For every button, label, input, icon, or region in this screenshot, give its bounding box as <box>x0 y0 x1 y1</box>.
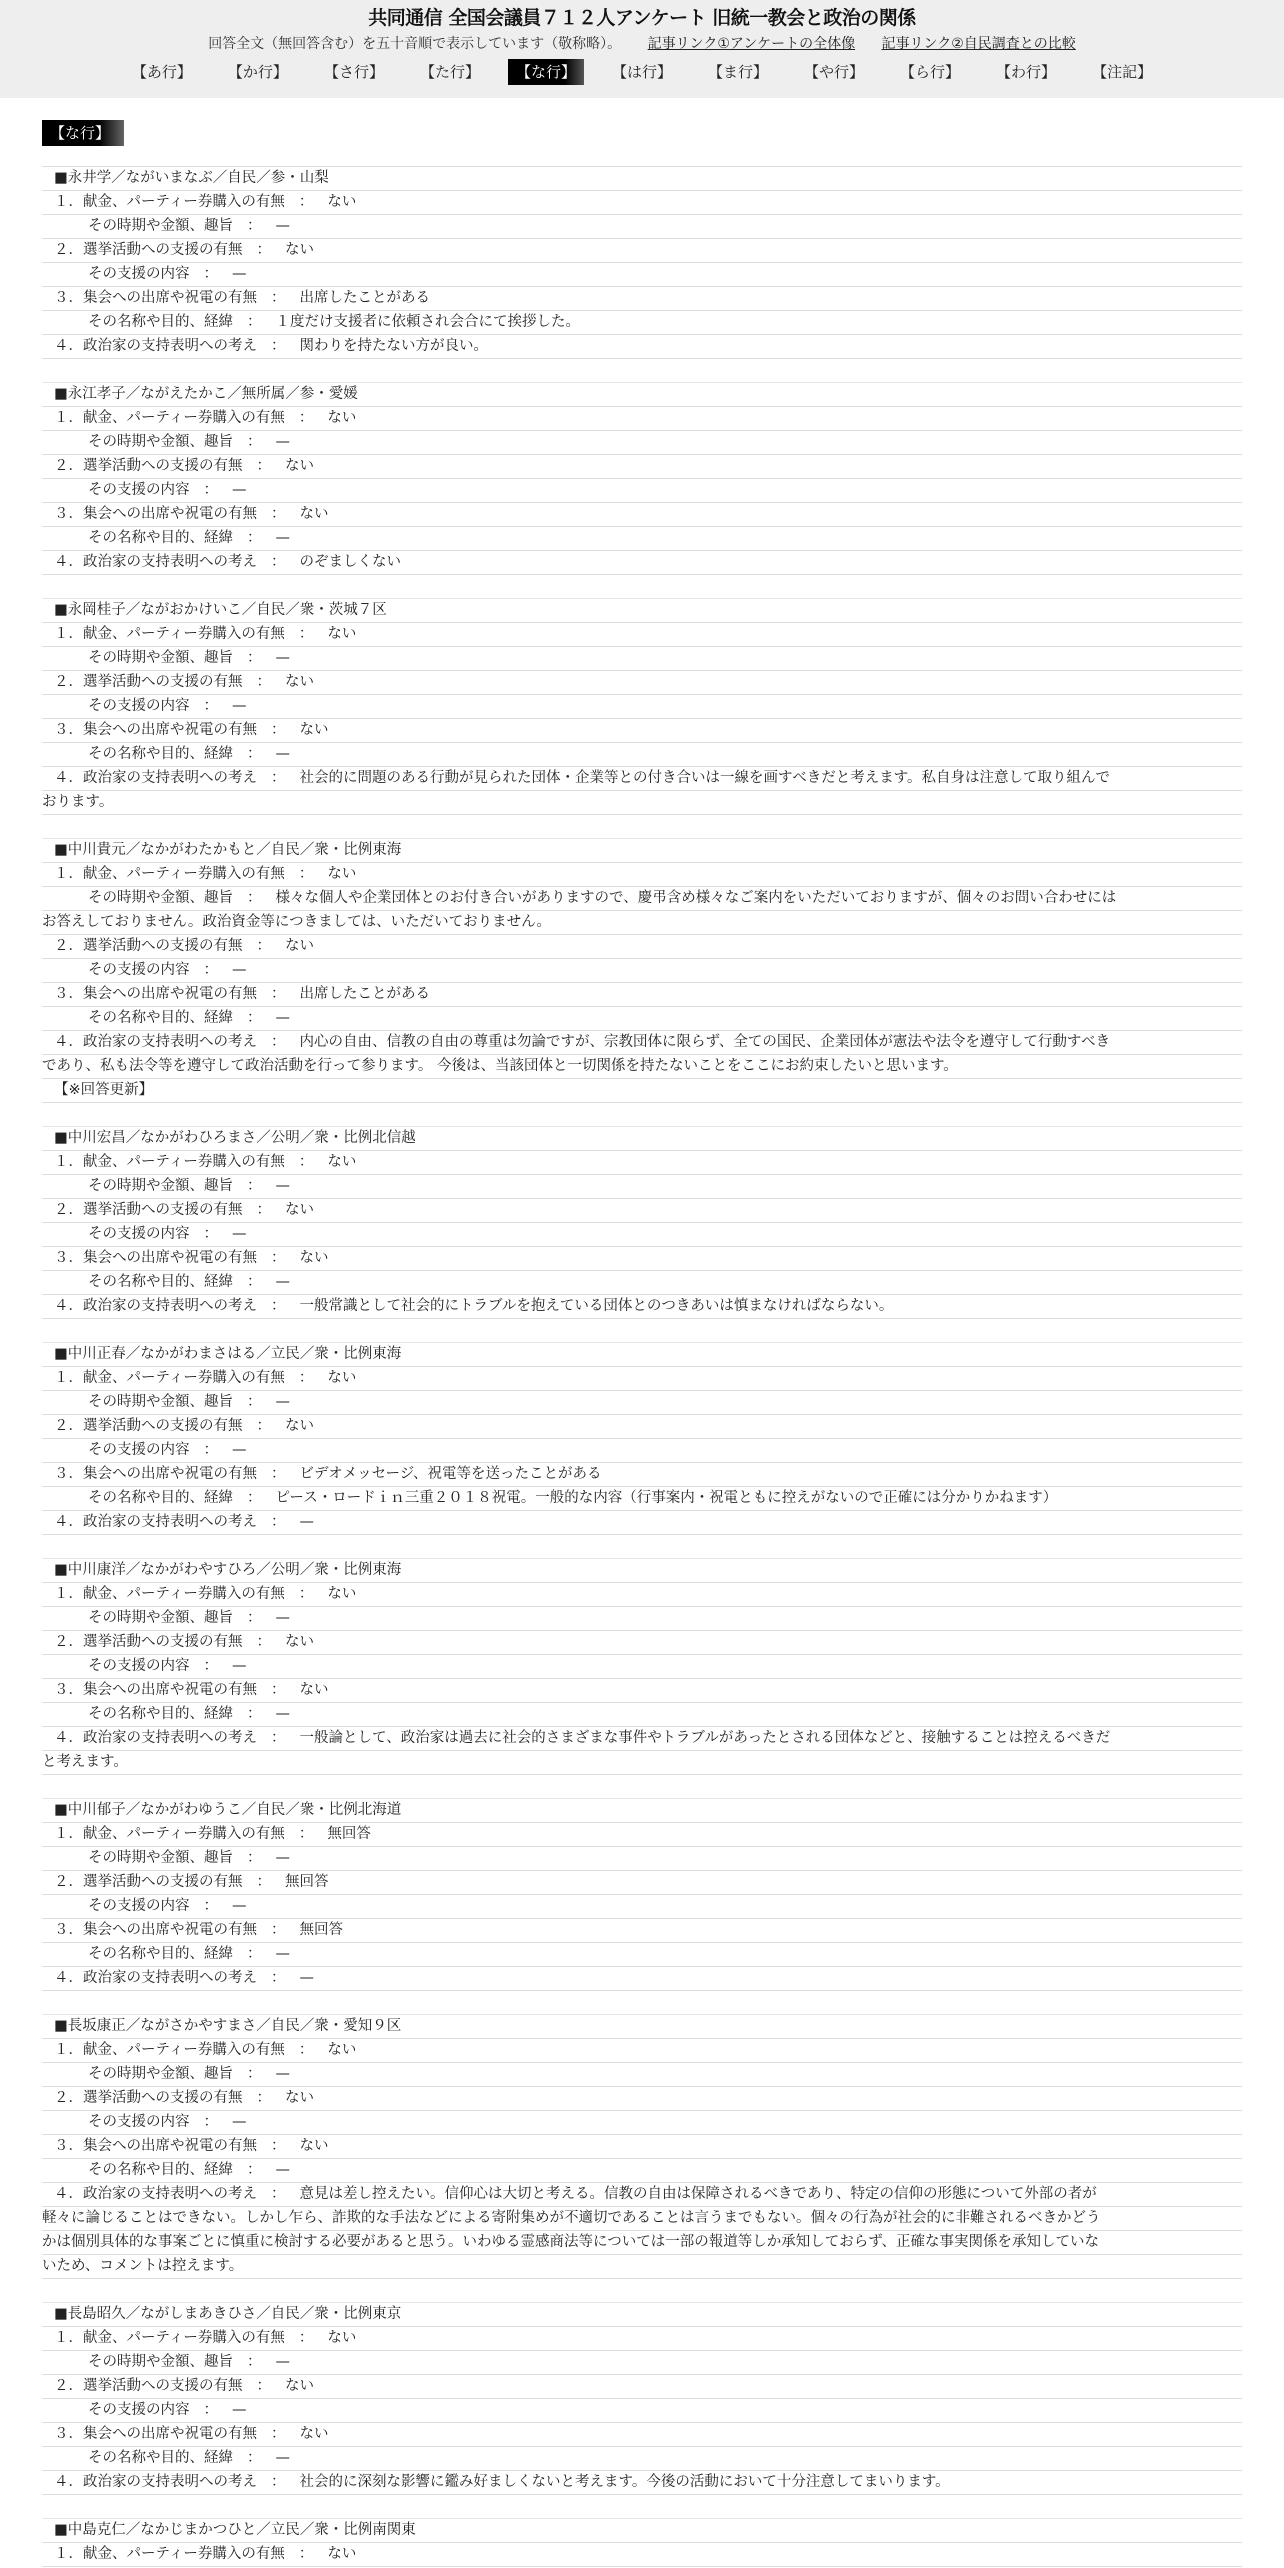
answer-q2: ２．選挙活動への支援の有無：ない <box>42 1415 1242 1439</box>
member-block: ■中川康洋／なかがわやすひろ／公明／衆・比例東海１．献金、パーティー券購入の有無… <box>42 1535 1242 1775</box>
separator-colon: ： <box>204 2114 219 2130</box>
nav-ka-row[interactable]: 【か行】 <box>220 59 296 85</box>
question-label: その時期や金額、趣旨 <box>88 218 233 234</box>
question-label: １．献金、パーティー券購入の有無 <box>54 2546 285 2562</box>
question-label: ４．政治家の支持表明への考え <box>54 2186 257 2202</box>
question-label: その名称や目的、経緯 <box>88 1274 233 1290</box>
separator-colon: ： <box>247 218 262 234</box>
separator-colon: ： <box>271 1466 286 1482</box>
answer-q2-detail: その支援の内容：— <box>42 2399 1242 2423</box>
answer-q4: ４．政治家の支持表明への考え：— <box>42 1967 1242 1991</box>
question-label: その時期や金額、趣旨 <box>88 2066 233 2082</box>
separator-colon: ： <box>247 1610 262 1626</box>
question-label: ４．政治家の支持表明への考え <box>54 770 257 786</box>
answer-q1-detail: その時期や金額、趣旨：— <box>42 1175 1242 1199</box>
member-header: ■中川康洋／なかがわやすひろ／公明／衆・比例東海 <box>42 1559 1242 1583</box>
question-label: その時期や金額、趣旨 <box>88 1178 233 1194</box>
member-header-text: ■中川宏昌／なかがわひろまさ／公明／衆・比例北信越 <box>54 1130 416 1146</box>
answer-value: — <box>232 1226 247 1242</box>
separator-colon: ： <box>271 2474 286 2490</box>
question-label: ３．集会への出席や祝電の有無 <box>54 1682 257 1698</box>
separator-colon: ： <box>247 1010 262 1026</box>
answer-q1: １．献金、パーティー券購入の有無：ない <box>42 623 1242 647</box>
question-label: ２．選挙活動への支援の有無 <box>54 2090 243 2106</box>
member-header-text: ■永井学／ながいまなぶ／自民／参・山梨 <box>54 170 329 186</box>
separator-colon: ： <box>271 2138 286 2154</box>
answer-value: 一般論として、政治家は過去に社会的さまざまな事件やトラブルがあったとされる団体な… <box>300 1730 1111 1746</box>
answer-q1: １．献金、パーティー券購入の有無：ない <box>42 2039 1242 2063</box>
answer-continuation-text: お答えしておりません。政治資金等につきましては、いただいておりません。 <box>42 914 551 930</box>
answer-q3-detail: その名称や目的、経緯：— <box>42 1007 1242 1031</box>
description-text: 回答全文（無回答含む）を五十音順で表示しています（敬称略）。 <box>208 36 621 52</box>
spacer-row <box>42 1319 1242 1343</box>
answer-q4: ４．政治家の支持表明への考え：一般常識として社会的にトラブルを抱えている団体との… <box>42 1295 1242 1319</box>
answer-value: ない <box>285 1202 314 1218</box>
answer-value: ない <box>300 1250 329 1266</box>
question-label: ２．選挙活動への支援の有無 <box>54 938 243 954</box>
separator-colon: ： <box>247 1490 262 1506</box>
answer-value: 様々な個人や企業団体とのお付き合いがありますので、慶弔含め様々なご案内をいただい… <box>276 890 1117 906</box>
answer-value: ない <box>285 2378 314 2394</box>
separator-colon: ： <box>271 1250 286 1266</box>
separator-colon: ： <box>204 1442 219 1458</box>
question-label: ２．選挙活動への支援の有無 <box>54 458 243 474</box>
answer-q2: ２．選挙活動への支援の有無：ない <box>42 935 1242 959</box>
answer-q1: １．献金、パーティー券購入の有無：ない <box>42 1151 1242 1175</box>
question-label: ３．集会への出席や祝電の有無 <box>54 1250 257 1266</box>
answer-q2: ２．選挙活動への支援の有無：ない <box>42 671 1242 695</box>
question-label: １．献金、パーティー券購入の有無 <box>54 410 285 426</box>
nav-sa-row[interactable]: 【さ行】 <box>316 59 392 85</box>
question-label: １．献金、パーティー券購入の有無 <box>54 194 285 210</box>
spacer-row <box>42 1535 1242 1559</box>
answers-list: ■永井学／ながいまなぶ／自民／参・山梨１．献金、パーティー券購入の有無：ないその… <box>42 166 1242 2567</box>
spacer-row <box>42 1103 1242 1127</box>
question-label: その名称や目的、経緯 <box>88 1706 233 1722</box>
answer-continuation: かは個別具体的な事案ごとに慎重に検討する必要があると思う。いわゆる霊感商法等につ… <box>42 2231 1242 2255</box>
question-label: その支援の内容 <box>88 1226 190 1242</box>
answer-value: 一般常識として社会的にトラブルを抱えている団体とのつきあいは慎まなければならない… <box>300 1298 894 1314</box>
answer-value: — <box>276 530 291 546</box>
answer-value: — <box>276 1850 291 1866</box>
answer-value: ない <box>300 2426 329 2442</box>
kana-row-nav: 【あ行】 【か行】 【さ行】 【た行】 【な行】 【は行】 【ま行】 【や行】 … <box>0 59 1284 85</box>
question-label: ３．集会への出席や祝電の有無 <box>54 986 257 1002</box>
separator-colon: ： <box>299 626 314 642</box>
answer-q2-detail: その支援の内容：— <box>42 695 1242 719</box>
question-label: その支援の内容 <box>88 2402 190 2418</box>
separator-colon: ： <box>271 770 286 786</box>
answer-value: — <box>232 962 247 978</box>
answer-q1-detail: その時期や金額、趣旨：— <box>42 647 1242 671</box>
article-link-ldp-comparison[interactable]: 記事リンク②自民調査との比較 <box>882 36 1076 52</box>
answer-value: 無回答 <box>327 1826 371 1842</box>
answer-q1-detail: その時期や金額、趣旨：— <box>42 2063 1242 2087</box>
answer-value: 社会的に深刻な影響に鑑み好ましくないと考えます。今後の活動において十分注意してま… <box>300 2474 950 2490</box>
separator-colon: ： <box>247 1946 262 1962</box>
member-block: ■永江孝子／ながえたかこ／無所属／参・愛媛１．献金、パーティー券購入の有無：ない… <box>42 359 1242 575</box>
separator-colon: ： <box>247 314 262 330</box>
separator-colon: ： <box>271 1970 286 1986</box>
answer-continuation-text: いため、コメントは控えます。 <box>42 2258 243 2274</box>
separator-colon: ： <box>257 1418 272 1434</box>
member-header: ■長島昭久／ながしまあきひさ／自民／衆・比例東京 <box>42 2303 1242 2327</box>
separator-colon: ： <box>204 482 219 498</box>
separator-colon: ： <box>299 1370 314 1386</box>
question-label: ２．選挙活動への支援の有無 <box>54 1874 243 1890</box>
answer-continuation: と考えます。 <box>42 1751 1242 1775</box>
answer-q2-detail: その支援の内容：— <box>42 1223 1242 1247</box>
separator-colon: ： <box>257 674 272 690</box>
answer-value: ない <box>327 2546 356 2562</box>
answer-value: 意見は差し控えたい。信仰心は大切と考える。信教の自由は保障されるべきであり、特定… <box>300 2186 1097 2202</box>
separator-colon: ： <box>271 986 286 1002</box>
answer-q4: ４．政治家の支持表明への考え：のぞましくない <box>42 551 1242 575</box>
spacer-row <box>42 1991 1242 2015</box>
answer-value: ない <box>285 1634 314 1650</box>
answer-q1-detail: その時期や金額、趣旨：— <box>42 1607 1242 1631</box>
member-header: ■永岡桂子／ながおかけいこ／自民／衆・茨城７区 <box>42 599 1242 623</box>
separator-colon: ： <box>247 2066 262 2082</box>
answer-value: — <box>276 2162 291 2178</box>
answer-value: — <box>232 482 247 498</box>
nav-a-row[interactable]: 【あ行】 <box>124 59 200 85</box>
answer-continuation: 軽々に論じることはできない。しかし乍ら、詐欺的な手法などによる寄附集めが不適切で… <box>42 2207 1242 2231</box>
answer-q1: １．献金、パーティー券購入の有無：ない <box>42 407 1242 431</box>
nav-notes[interactable]: 【注記】 <box>1084 59 1160 85</box>
answer-continuation-text: であり、私も法令等を遵守して政治活動を行って参ります。 今後は、当該団体と一切関… <box>42 1058 958 1074</box>
answer-update-note-text: 【※回答更新】 <box>54 1082 153 1098</box>
separator-colon: ： <box>257 2378 272 2394</box>
separator-colon: ： <box>247 1394 262 1410</box>
member-block: ■中川正春／なかがわまさはる／立民／衆・比例東海１．献金、パーティー券購入の有無… <box>42 1319 1242 1535</box>
answer-q4: ４．政治家の支持表明への考え：関わりを持たない方が良い。 <box>42 335 1242 359</box>
answer-value: ない <box>300 1682 329 1698</box>
separator-colon: ： <box>204 698 219 714</box>
question-label: １．献金、パーティー券購入の有無 <box>54 2042 285 2058</box>
separator-colon: ： <box>257 2090 272 2106</box>
answer-q1-detail: その時期や金額、趣旨：様々な個人や企業団体とのお付き合いがありますので、慶弔含め… <box>42 887 1242 911</box>
answer-value: 内心の自由、信教の自由の尊重は勿論ですが、宗教団体に限らず、全ての国民、企業団体… <box>300 1034 1111 1050</box>
question-label: ４．政治家の支持表明への考え <box>54 338 257 354</box>
answer-value: — <box>232 698 247 714</box>
separator-colon: ： <box>271 1730 286 1746</box>
separator-colon: ： <box>299 1154 314 1170</box>
member-header: ■中島克仁／なかじまかつひと／立民／衆・比例南関東 <box>42 2519 1242 2543</box>
question-label: ２．選挙活動への支援の有無 <box>54 1634 243 1650</box>
answer-value: ない <box>327 2330 356 2346</box>
answer-value: — <box>276 650 291 666</box>
separator-colon: ： <box>271 554 286 570</box>
answer-value: — <box>232 266 247 282</box>
answer-q1: １．献金、パーティー券購入の有無：ない <box>42 2327 1242 2351</box>
member-header-text: ■中川康洋／なかがわやすひろ／公明／衆・比例東海 <box>54 1562 401 1578</box>
answer-q3: ３．集会への出席や祝電の有無：出席したことがある <box>42 983 1242 1007</box>
member-header: ■中川宏昌／なかがわひろまさ／公明／衆・比例北信越 <box>42 1127 1242 1151</box>
question-label: ４．政治家の支持表明への考え <box>54 1298 257 1314</box>
answer-value: — <box>276 1274 291 1290</box>
answer-q2: ２．選挙活動への支援の有無：ない <box>42 2375 1242 2399</box>
separator-colon: ： <box>204 1658 219 1674</box>
answer-q3-detail: その名称や目的、経緯：— <box>42 527 1242 551</box>
member-block: ■長坂康正／ながさかやすまさ／自民／衆・愛知９区１．献金、パーティー券購入の有無… <box>42 1991 1242 2279</box>
question-label: その時期や金額、趣旨 <box>88 1610 233 1626</box>
answer-q3: ３．集会への出席や祝電の有無：ビデオメッセージ、祝電等を送ったことがある <box>42 1463 1242 1487</box>
answer-q2: ２．選挙活動への支援の有無：ない <box>42 239 1242 263</box>
answer-q3: ３．集会への出席や祝電の有無：出席したことがある <box>42 287 1242 311</box>
answer-value: ない <box>285 458 314 474</box>
question-label: ２．選挙活動への支援の有無 <box>54 1202 243 1218</box>
answer-q4: ４．政治家の支持表明への考え：社会的に深刻な影響に鑑み好ましくないと考えます。今… <box>42 2471 1242 2495</box>
answer-continuation: お答えしておりません。政治資金等につきましては、いただいておりません。 <box>42 911 1242 935</box>
answer-q1-detail: その時期や金額、趣旨：— <box>42 1847 1242 1871</box>
answer-value: — <box>232 2114 247 2130</box>
question-label: ４．政治家の支持表明への考え <box>54 2474 257 2490</box>
answer-q3-detail: その名称や目的、経緯：— <box>42 1703 1242 1727</box>
question-label: ２．選挙活動への支援の有無 <box>54 1418 243 1434</box>
separator-colon: ： <box>299 194 314 210</box>
question-label: ３．集会への出席や祝電の有無 <box>54 290 257 306</box>
separator-colon: ： <box>257 938 272 954</box>
answer-value: — <box>232 2402 247 2418</box>
answer-value: ない <box>300 506 329 522</box>
question-label: その支援の内容 <box>88 266 190 282</box>
section-label: 【な行】 <box>42 120 124 146</box>
member-block: ■永井学／ながいまなぶ／自民／参・山梨１．献金、パーティー券購入の有無：ないその… <box>42 166 1242 359</box>
question-label: その時期や金額、趣旨 <box>88 1394 233 1410</box>
answer-q1: １．献金、パーティー券購入の有無：ない <box>42 1367 1242 1391</box>
question-label: その時期や金額、趣旨 <box>88 650 233 666</box>
answer-value: ない <box>327 866 356 882</box>
spacer-row <box>42 2495 1242 2519</box>
answer-q3: ３．集会への出席や祝電の有無：ない <box>42 1679 1242 1703</box>
separator-colon: ： <box>247 1178 262 1194</box>
answer-value: — <box>276 1010 291 1026</box>
separator-colon: ： <box>257 1874 272 1890</box>
separator-colon: ： <box>247 530 262 546</box>
answer-value: — <box>276 2066 291 2082</box>
member-header: ■永江孝子／ながえたかこ／無所属／参・愛媛 <box>42 383 1242 407</box>
question-label: １．献金、パーティー券購入の有無 <box>54 1586 285 1602</box>
answer-continuation-text: おります。 <box>42 794 113 810</box>
answer-value: ビデオメッセージ、祝電等を送ったことがある <box>300 1466 602 1482</box>
answer-q3-detail: その名称や目的、経緯：ピース・ロードｉｎ三重２０１８祝電。一般的な内容（行事案内… <box>42 1487 1242 1511</box>
separator-colon: ： <box>299 866 314 882</box>
answer-value: ない <box>327 626 356 642</box>
member-header-text: ■長坂康正／ながさかやすまさ／自民／衆・愛知９区 <box>54 2018 401 2034</box>
member-header: ■中川郁子／なかがわゆうこ／自民／衆・比例北海道 <box>42 1799 1242 1823</box>
answer-continuation: いため、コメントは控えます。 <box>42 2255 1242 2279</box>
member-header-text: ■永江孝子／ながえたかこ／無所属／参・愛媛 <box>54 386 358 402</box>
answer-continuation-text: と考えます。 <box>42 1754 128 1770</box>
answer-value: — <box>232 1898 247 1914</box>
question-label: １．献金、パーティー券購入の有無 <box>54 626 285 642</box>
nav-ta-row[interactable]: 【た行】 <box>412 59 488 85</box>
answer-value: ない <box>327 2042 356 2058</box>
answer-q3: ３．集会への出席や祝電の有無：ない <box>42 719 1242 743</box>
article-link-overview[interactable]: 記事リンク①アンケートの全体像 <box>648 36 855 52</box>
separator-colon: ： <box>271 1682 286 1698</box>
question-label: １．献金、パーティー券購入の有無 <box>54 1154 285 1170</box>
answer-q1: １．献金、パーティー券購入の有無：ない <box>42 2543 1242 2567</box>
answer-value: 出席したことがある <box>300 986 431 1002</box>
question-label: その支援の内容 <box>88 2114 190 2130</box>
spacer-row <box>42 815 1242 839</box>
answer-q2-detail: その支援の内容：— <box>42 1439 1242 1463</box>
question-label: その支援の内容 <box>88 1658 190 1674</box>
answer-q2: ２．選挙活動への支援の有無：ない <box>42 455 1242 479</box>
answer-q3-detail: その名称や目的、経緯：— <box>42 1271 1242 1295</box>
member-block: ■永岡桂子／ながおかけいこ／自民／衆・茨城７区１．献金、パーティー券購入の有無：… <box>42 575 1242 815</box>
answer-q2: ２．選挙活動への支援の有無：ない <box>42 1631 1242 1655</box>
member-header: ■中川貴元／なかがわたかもと／自民／衆・比例東海 <box>42 839 1242 863</box>
question-label: ３．集会への出席や祝電の有無 <box>54 1466 257 1482</box>
answer-q3: ３．集会への出席や祝電の有無：ない <box>42 503 1242 527</box>
answer-q3: ３．集会への出席や祝電の有無：ない <box>42 1247 1242 1271</box>
answer-value: ない <box>327 410 356 426</box>
question-label: その時期や金額、趣旨 <box>88 434 233 450</box>
answer-value: ない <box>327 1370 356 1386</box>
question-label: ４．政治家の支持表明への考え <box>54 1034 257 1050</box>
answer-value: ない <box>285 1418 314 1434</box>
member-header-text: ■永岡桂子／ながおかけいこ／自民／衆・茨城７区 <box>54 602 387 618</box>
member-block: ■長島昭久／ながしまあきひさ／自民／衆・比例東京１．献金、パーティー券購入の有無… <box>42 2279 1242 2495</box>
answer-value: — <box>276 2354 291 2370</box>
question-label: ３．集会への出席や祝電の有無 <box>54 722 257 738</box>
nav-ya-row[interactable]: 【や行】 <box>796 59 872 85</box>
member-header: ■長坂康正／ながさかやすまさ／自民／衆・愛知９区 <box>42 2015 1242 2039</box>
member-header: ■永井学／ながいまなぶ／自民／参・山梨 <box>42 166 1242 191</box>
answer-value: — <box>276 1394 291 1410</box>
answer-q1: １．献金、パーティー券購入の有無：ない <box>42 863 1242 887</box>
separator-colon: ： <box>257 242 272 258</box>
spacer-row <box>42 575 1242 599</box>
answer-q3-detail: その名称や目的、経緯：— <box>42 1943 1242 1967</box>
question-label: ２．選挙活動への支援の有無 <box>54 242 243 258</box>
separator-colon: ： <box>247 1274 262 1290</box>
separator-colon: ： <box>271 1034 286 1050</box>
answer-q2-detail: その支援の内容：— <box>42 1655 1242 1679</box>
answer-continuation: であり、私も法令等を遵守して政治活動を行って参ります。 今後は、当該団体と一切関… <box>42 1055 1242 1079</box>
separator-colon: ： <box>271 2186 286 2202</box>
nav-na-row[interactable]: 【な行】 <box>508 59 584 85</box>
separator-colon: ： <box>271 1514 286 1530</box>
answer-q1: １．献金、パーティー券購入の有無：無回答 <box>42 1823 1242 1847</box>
answer-q3-detail: その名称や目的、経緯：１度だけ支援者に依頼され会合にて挨拶した。 <box>42 311 1242 335</box>
question-label: ４．政治家の支持表明への考え <box>54 1514 257 1530</box>
separator-colon: ： <box>299 2330 314 2346</box>
answer-value: ピース・ロードｉｎ三重２０１８祝電。一般的な内容（行事案内・祝電ともに控えがない… <box>276 1490 1058 1506</box>
member-header-text: ■中川正春／なかがわまさはる／立民／衆・比例東海 <box>54 1346 401 1362</box>
answer-continuation-text: 軽々に論じることはできない。しかし乍ら、詐欺的な手法などによる寄附集めが不適切で… <box>42 2210 1101 2226</box>
separator-colon: ： <box>204 266 219 282</box>
nav-ma-row[interactable]: 【ま行】 <box>700 59 776 85</box>
question-label: ４．政治家の支持表明への考え <box>54 1730 257 1746</box>
answer-q1-detail: その時期や金額、趣旨：— <box>42 215 1242 239</box>
separator-colon: ： <box>299 410 314 426</box>
answer-q4: ４．政治家の支持表明への考え：意見は差し控えたい。信仰心は大切と考える。信教の自… <box>42 2183 1242 2207</box>
separator-colon: ： <box>204 1226 219 1242</box>
answer-continuation: おります。 <box>42 791 1242 815</box>
answer-q4: ４．政治家の支持表明への考え：一般論として、政治家は過去に社会的さまざまな事件や… <box>42 1727 1242 1751</box>
question-label: その支援の内容 <box>88 482 190 498</box>
question-label: その名称や目的、経緯 <box>88 530 233 546</box>
separator-colon: ： <box>299 1586 314 1602</box>
answer-value: — <box>232 1442 247 1458</box>
answer-q3: ３．集会への出席や祝電の有無：ない <box>42 2135 1242 2159</box>
separator-colon: ： <box>257 1634 272 1650</box>
answer-value: 出席したことがある <box>300 290 431 306</box>
separator-colon: ： <box>247 434 262 450</box>
member-header-text: ■中川貴元／なかがわたかもと／自民／衆・比例東海 <box>54 842 401 858</box>
question-label: ３．集会への出席や祝電の有無 <box>54 2138 257 2154</box>
answer-q1-detail: その時期や金額、趣旨：— <box>42 2351 1242 2375</box>
member-header: ■中川正春／なかがわまさはる／立民／衆・比例東海 <box>42 1343 1242 1367</box>
nav-wa-row[interactable]: 【わ行】 <box>988 59 1064 85</box>
answer-value: １度だけ支援者に依頼され会合にて挨拶した。 <box>276 314 581 330</box>
answer-value: 無回答 <box>285 1874 329 1890</box>
member-header-text: ■長島昭久／ながしまあきひさ／自民／衆・比例東京 <box>54 2306 401 2322</box>
nav-ha-row[interactable]: 【は行】 <box>604 59 680 85</box>
member-block: ■中川宏昌／なかがわひろまさ／公明／衆・比例北信越１．献金、パーティー券購入の有… <box>42 1103 1242 1319</box>
member-header-text: ■中川郁子／なかがわゆうこ／自民／衆・比例北海道 <box>54 1802 401 1818</box>
answer-q2-detail: その支援の内容：— <box>42 263 1242 287</box>
answer-q3-detail: その名称や目的、経緯：— <box>42 743 1242 767</box>
separator-colon: ： <box>271 2426 286 2442</box>
answer-value: 社会的に問題のある行動が見られた団体・企業等との付き合いは一線を画すべきだと考え… <box>300 770 1111 786</box>
separator-colon: ： <box>204 962 219 978</box>
separator-colon: ： <box>299 2546 314 2562</box>
separator-colon: ： <box>247 2450 262 2466</box>
separator-colon: ： <box>257 458 272 474</box>
spacer-row <box>42 1775 1242 1799</box>
question-label: その支援の内容 <box>88 1442 190 1458</box>
member-header-text: ■中島克仁／なかじまかつひと／立民／衆・比例南関東 <box>54 2522 416 2538</box>
answer-value: — <box>276 1610 291 1626</box>
nav-ra-row[interactable]: 【ら行】 <box>892 59 968 85</box>
separator-colon: ： <box>247 650 262 666</box>
answer-q4: ４．政治家の支持表明への考え：社会的に問題のある行動が見られた団体・企業等との付… <box>42 767 1242 791</box>
answer-q2-detail: その支援の内容：— <box>42 479 1242 503</box>
separator-colon: ： <box>271 290 286 306</box>
answer-q3: ３．集会への出席や祝電の有無：ない <box>42 2423 1242 2447</box>
answer-q2: ２．選挙活動への支援の有無：無回答 <box>42 1871 1242 1895</box>
question-label: ３．集会への出席や祝電の有無 <box>54 2426 257 2442</box>
answer-value: ない <box>300 2138 329 2154</box>
separator-colon: ： <box>257 1202 272 1218</box>
answer-value: ない <box>285 242 314 258</box>
question-label: その時期や金額、趣旨 <box>88 2354 233 2370</box>
answer-value: ない <box>300 722 329 738</box>
answers-content: 【な行】 ■永井学／ながいまなぶ／自民／参・山梨１．献金、パーティー券購入の有無… <box>0 98 1284 2567</box>
separator-colon: ： <box>299 1826 314 1842</box>
answer-value: ない <box>327 194 356 210</box>
separator-colon: ： <box>247 1850 262 1866</box>
question-label: その名称や目的、経緯 <box>88 746 233 762</box>
answer-value: ない <box>285 2090 314 2106</box>
answer-value: ない <box>327 1154 356 1170</box>
question-label: ３．集会への出席や祝電の有無 <box>54 1922 257 1938</box>
answer-value: — <box>276 1706 291 1722</box>
question-label: ２．選挙活動への支援の有無 <box>54 674 243 690</box>
answer-value: — <box>276 434 291 450</box>
member-block: ■中島克仁／なかじまかつひと／立民／衆・比例南関東１．献金、パーティー券購入の有… <box>42 2495 1242 2567</box>
separator-colon: ： <box>271 506 286 522</box>
spacer-row <box>42 359 1242 383</box>
question-label: １．献金、パーティー券購入の有無 <box>54 2330 285 2346</box>
answer-q2: ２．選挙活動への支援の有無：ない <box>42 1199 1242 1223</box>
answer-update-note: 【※回答更新】 <box>42 1079 1242 1103</box>
